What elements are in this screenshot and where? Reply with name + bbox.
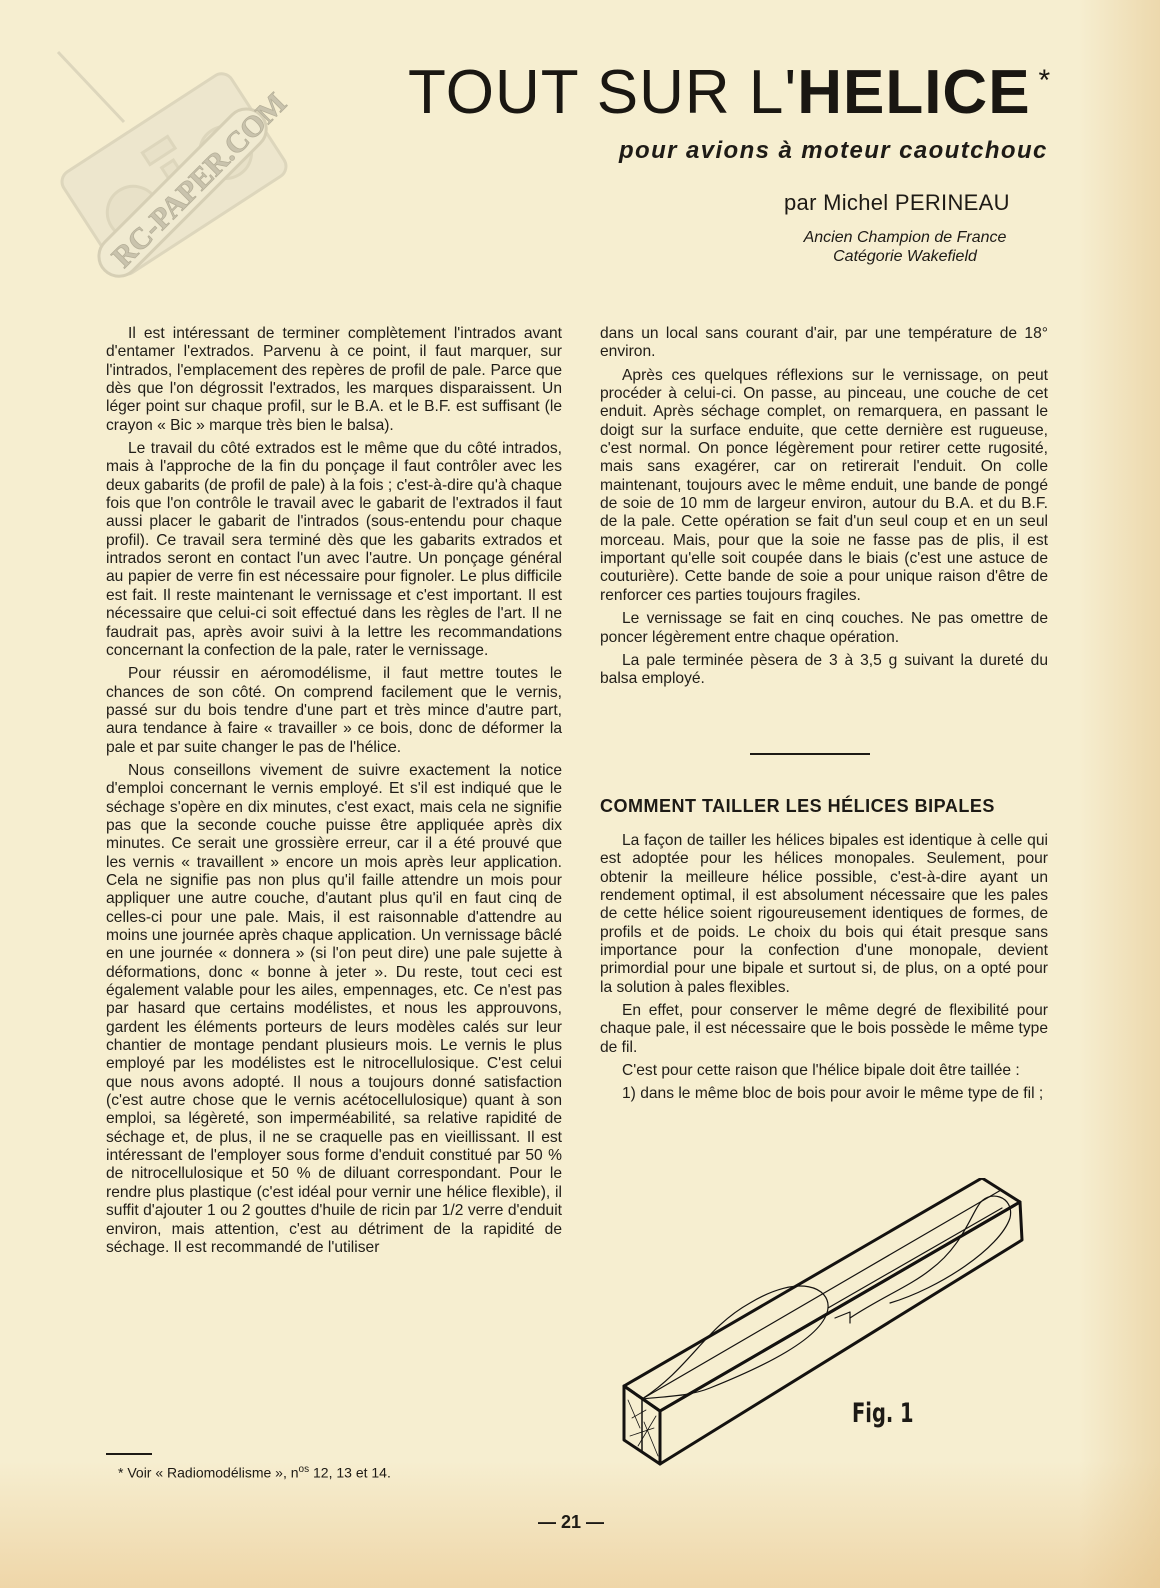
paragraph: Il est intéressant de terminer complètem… — [106, 325, 562, 435]
radio-transmitter-icon: RC-PAPER.COM — [44, 44, 294, 284]
article-subtitle: pour avions à moteur caoutchouc — [619, 137, 1048, 165]
footnote: * Voir « Radiomodélisme », nos 12, 13 et… — [118, 1464, 391, 1481]
wood-block-drawing — [610, 1178, 1040, 1478]
paragraph: La façon de tailler les hélices bipales … — [600, 832, 1048, 997]
section-heading: COMMENT TAILLER LES HÉLICES BIPALES — [600, 796, 995, 817]
credential-line: Ancien Champion de France — [770, 228, 1040, 247]
section-divider — [750, 753, 870, 755]
paragraph: En effet, pour conserver le même degré d… — [600, 1002, 1048, 1057]
footnote-rule — [106, 1453, 152, 1455]
title-footnote-marker: * — [1039, 64, 1052, 97]
page-number: — 21 — — [538, 1512, 604, 1533]
rc-paper-watermark: RC-PAPER.COM — [44, 44, 294, 284]
paragraph: La pale terminée pèsera de 3 à 3,5 g sui… — [600, 652, 1048, 689]
paragraph: 1) dans le même bloc de bois pour avoir … — [600, 1085, 1048, 1103]
paragraph: Le vernissage se fait en cinq couches. N… — [600, 610, 1048, 647]
section-body: La façon de tailler les hélices bipales … — [600, 832, 1048, 1109]
author-byline: par Michel PERINEAU — [784, 190, 1010, 216]
paragraph: C'est pour cette raison que l'hélice bip… — [600, 1062, 1048, 1080]
title-bold-word: HELICE — [797, 58, 1030, 127]
paragraph: Le travail du côté extrados est le même … — [106, 440, 562, 660]
credential-line: Catégorie Wakefield — [770, 247, 1040, 266]
paragraph: Pour réussir en aéromodélisme, il faut m… — [106, 665, 562, 757]
right-column: dans un local sans courant d'air, par un… — [600, 325, 1048, 694]
paragraph: Après ces quelques réflexions sur le ver… — [600, 367, 1048, 605]
figure-wood-block — [610, 1178, 1040, 1478]
paragraph: dans un local sans courant d'air, par un… — [600, 325, 1048, 362]
article-title: TOUT SUR L'HELICE* — [408, 62, 1051, 124]
figure-label: Fig. 1 — [852, 1398, 914, 1429]
left-column: Il est intéressant de terminer complètem… — [106, 325, 562, 1262]
author-credentials: Ancien Champion de France Catégorie Wake… — [770, 228, 1040, 266]
paragraph: Nous conseillons vivement de suivre exac… — [106, 762, 562, 1257]
